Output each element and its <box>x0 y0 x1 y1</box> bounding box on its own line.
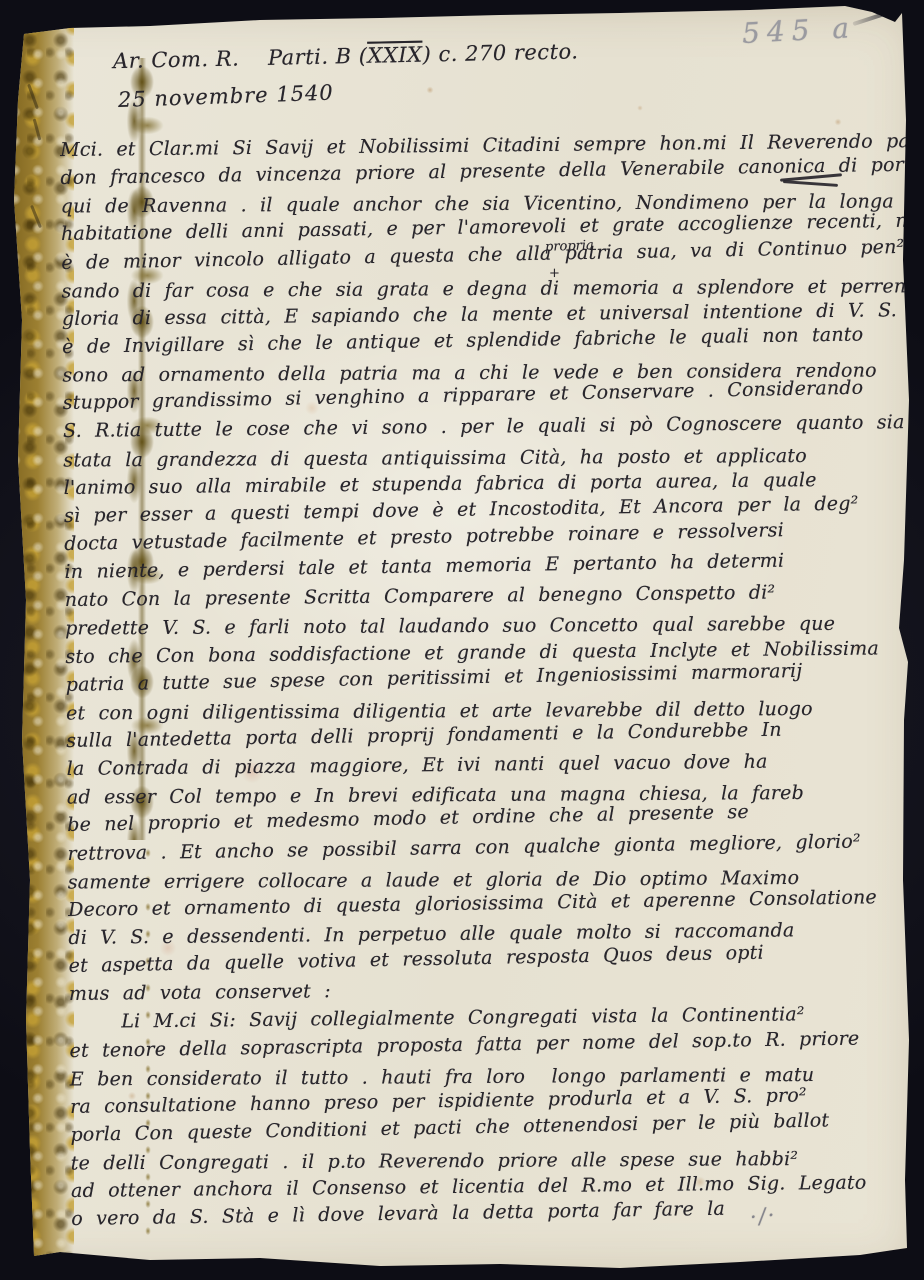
manuscript-line: predette V. S. e farli noto tal laudando… <box>65 610 917 643</box>
archive-reference-prefix: Ar. Com. R. Parti. B ( <box>113 44 368 73</box>
manuscript-page: Ar. Com. R. Parti. B (XXIX) c. 270 recto… <box>0 0 924 1280</box>
manuscript-body: Mci. et Clar.mi Si Savij et Nobilissimi … <box>60 127 923 1233</box>
manuscript-line: te delli Congregati . il p.to Reverendo … <box>71 1144 923 1177</box>
folio-number-pencil: 545 a <box>741 11 857 50</box>
manuscript-photograph: Ar. Com. R. Parti. B (XXIX) c. 270 recto… <box>0 0 924 1280</box>
bottom-pencil-mark: ·/· <box>749 1203 778 1230</box>
pencil-stroke <box>852 10 891 26</box>
manuscript-line: sando di far cosa e che sia grata e degn… <box>62 272 914 305</box>
archive-reference-suffix: ) c. 270 recto. <box>422 39 578 66</box>
paragraph-proposal: Mci. et Clar.mi Si Savij et Nobilissimi … <box>60 127 921 1008</box>
interlinear-insertion: propria <box>545 238 594 255</box>
archive-roman-numeral: XXIX <box>367 43 423 68</box>
manuscript-line: stata la grandezza di questa antiquissim… <box>63 441 915 474</box>
paragraph-deliberation: Li M.ci Si: Savij collegialmente Congreg… <box>69 999 923 1233</box>
caret-mark: + <box>549 266 560 281</box>
